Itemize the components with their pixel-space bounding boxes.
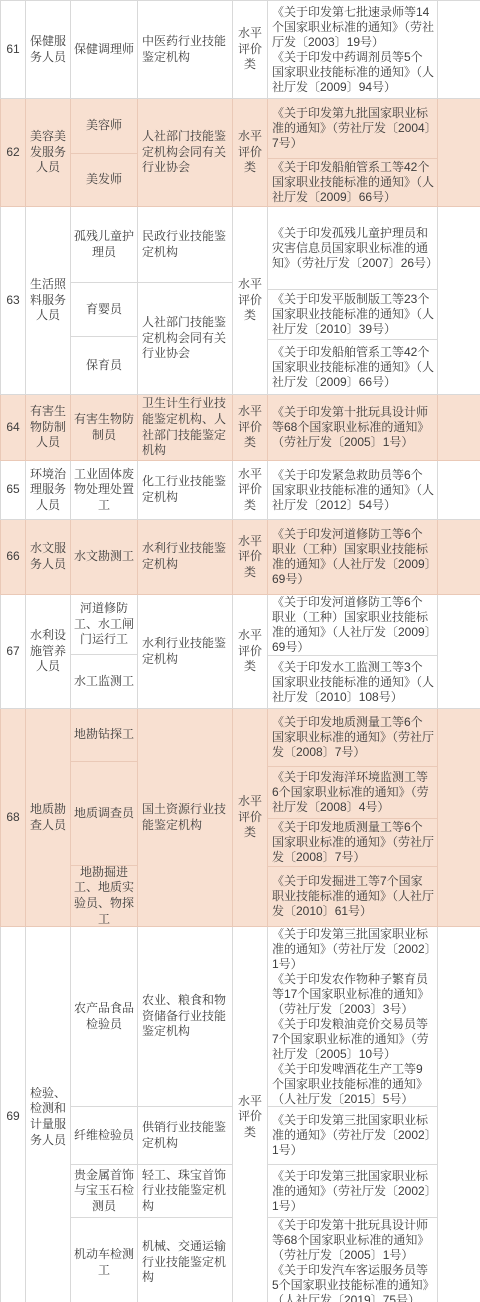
doc-group: 《关于印发平版制版工等23个国家职业技能标准的通知》（人社厅发〔2010〕39号… <box>268 290 437 340</box>
table-row-66: 66 水文服务人员 水文勘测工 水利行业技能鉴定机构 水平评价类 《关于印发河道… <box>1 520 480 595</box>
docs-cell: 《关于印发孤残儿童护理员和灾害信息员国家职业标准的通知》（劳社厅发〔2007〕2… <box>268 207 438 395</box>
occupation-item: 孤残儿童护理员 <box>71 207 137 283</box>
org-cell: 卫生计生行业技能鉴定机构、人社部门技能鉴定机构 <box>138 395 233 461</box>
doc-ref: 《关于印发水工监测工等3个国家职业技能标准的通知》（人社厅发〔2010〕108号… <box>268 660 437 705</box>
org-cell: 中医药行业技能鉴定机构 <box>138 1 233 99</box>
doc-ref: 《关于印发河道修防工等6个职业（工种）国家职业技能标准的通知》（人社厅发〔200… <box>268 595 437 655</box>
doc-group: 《关于印发船舶管系工等42个国家职业技能标准的通知》（人社厅发〔2009〕66号… <box>268 159 437 206</box>
doc-ref: 《关于印发第三批国家职业标准的通知》（劳社厅发〔2002〕1号） <box>268 1169 437 1214</box>
qualification-table: 61 保健服务人员 保健调理师 中医药行业技能鉴定机构 水平评价类 《关于印发第… <box>0 0 480 1302</box>
org-cell: 民政行业技能鉴定机构 人社部门技能鉴定机构会同有关行业协会 <box>138 207 233 395</box>
occupation-item: 育婴员 <box>71 283 137 337</box>
row-number: 62 <box>1 99 26 207</box>
doc-group: 《关于印发孤残儿童护理员和灾害信息员国家职业标准的通知》（劳社厅发〔2007〕2… <box>268 207 437 290</box>
type-cell: 水平评价类 <box>233 1 268 99</box>
empty-cell <box>438 461 480 520</box>
occupation-item: 地勘掘进工、地质实验员、物探工 <box>71 866 137 926</box>
org-item: 农业、粮食和物资储备行业技能鉴定机构 <box>138 927 232 1107</box>
type-cell: 水平评价类 <box>233 207 268 395</box>
org-item: 民政行业技能鉴定机构 <box>138 207 232 283</box>
occupation-item: 美发师 <box>71 154 137 206</box>
empty-cell <box>438 709 480 927</box>
doc-ref: 《关于印发地质测量工等6个国家职业标准的通知》（劳社厅发〔2008〕7号） <box>268 820 437 865</box>
docs-cell: 《关于印发第三批国家职业标准的通知》（劳社厅发〔2002〕1号） 《关于印发农作… <box>268 927 438 1302</box>
doc-group: 《关于印发河道修防工等6个职业（工种）国家职业技能标准的通知》（人社厅发〔200… <box>268 595 437 656</box>
doc-ref: 《关于印发第十批玩具设计师等68个国家职业标准的通知》（劳社厅发〔2005〕1号… <box>268 405 437 450</box>
occupation-item: 地质调查员 <box>71 762 137 866</box>
occupation-cell: 地勘钻探工 地质调查员 地勘掘进工、地质实验员、物探工 <box>71 709 138 927</box>
doc-ref: 《关于印发中药调剂员等5个国家职业技能标准的通知》（人社厅发〔2009〕94号） <box>268 50 437 95</box>
occupation-item: 水工监测工 <box>71 655 137 708</box>
doc-ref: 《关于印发第七批速录师等14个国家职业标准的通知》（劳社厅发〔2003〕19号） <box>268 5 437 50</box>
occupation-item: 保育员 <box>71 337 137 394</box>
doc-ref: 《关于印发海洋环境监测工等6个国家职业标准的通知》（劳社厅发〔2008〕4号） <box>268 770 437 815</box>
doc-ref: 《关于印发掘进工等7个国家职业技能标准的通知》（人社厅发〔2010〕61号） <box>268 874 437 919</box>
doc-group: 《关于印发地质测量工等6个国家职业标准的通知》（劳社厅发〔2008〕7号） <box>268 819 437 867</box>
doc-ref: 《关于印发船舶管系工等42个国家职业技能标准的通知》（人社厅发〔2009〕66号… <box>268 345 437 390</box>
type-cell: 水平评价类 <box>233 595 268 709</box>
category-cell: 美容美发服务人员 <box>26 99 71 207</box>
occupation-cell: 工业固体废物处理处置工 <box>71 461 138 520</box>
table-row-69: 69 检验、检测和计量服务人员 农产品食品检验员 纤维检验员 贵金属首饰与宝玉石… <box>1 927 480 1302</box>
type-cell: 水平评价类 <box>233 461 268 520</box>
org-item: 机械、交通运输行业技能鉴定机构 <box>138 1218 232 1302</box>
occupation-cell: 河道修防工、水工闸门运行工 水工监测工 <box>71 595 138 709</box>
org-cell: 水利行业技能鉴定机构 <box>138 595 233 709</box>
category-cell: 环境治理服务人员 <box>26 461 71 520</box>
occupation-item: 河道修防工、水工闸门运行工 <box>71 595 137 655</box>
table-row-65: 65 环境治理服务人员 工业固体废物处理处置工 化工行业技能鉴定机构 水平评价类… <box>1 461 480 520</box>
occupation-item: 农产品食品检验员 <box>71 927 137 1107</box>
occupation-item: 机动车检测工 <box>71 1218 137 1302</box>
occupation-cell: 孤残儿童护理员 育婴员 保育员 <box>71 207 138 395</box>
table-row-64: 64 有害生物防制人员 有害生物防制员 卫生计生行业技能鉴定机构、人社部门技能鉴… <box>1 395 480 461</box>
docs-cell: 《关于印发河道修防工等6个职业（工种）国家职业技能标准的通知》（人社厅发〔200… <box>268 520 438 595</box>
category-cell: 保健服务人员 <box>26 1 71 99</box>
empty-cell <box>438 595 480 709</box>
docs-cell: 《关于印发第七批速录师等14个国家职业标准的通知》（劳社厅发〔2003〕19号）… <box>268 1 438 99</box>
empty-cell <box>438 520 480 595</box>
doc-ref: 《关于印发河道修防工等6个职业（工种）国家职业技能标准的通知》（人社厅发〔200… <box>268 527 437 587</box>
doc-ref: 《关于印发平版制版工等23个国家职业技能标准的通知》（人社厅发〔2010〕39号… <box>268 292 437 337</box>
category-cell: 检验、检测和计量服务人员 <box>26 927 71 1302</box>
category-cell: 有害生物防制人员 <box>26 395 71 461</box>
doc-ref: 《关于印发地质测量工等6个国家职业标准的通知》（劳社厅发〔2008〕7号） <box>268 715 437 760</box>
doc-ref: 《关于印发紧急救助员等6个国家职业技能标准的通知》（人社厅发〔2012〕54号） <box>268 468 437 513</box>
category-cell: 水利设施管养人员 <box>26 595 71 709</box>
type-cell: 水平评价类 <box>233 520 268 595</box>
doc-group: 《关于印发第三批国家职业标准的通知》（劳社厅发〔2002〕1号） 《关于印发农作… <box>268 927 437 1107</box>
doc-ref: 《关于印发第十批玩具设计师等68个国家职业标准的通知》（劳社厅发〔2005〕1号… <box>268 1218 437 1263</box>
empty-cell <box>438 1 480 99</box>
doc-group: 《关于印发水工监测工等3个国家职业技能标准的通知》（人社厅发〔2010〕108号… <box>268 656 437 708</box>
occupation-cell: 美容师 美发师 <box>71 99 138 207</box>
occupation-cell: 水文勘测工 <box>71 520 138 595</box>
empty-cell <box>438 927 480 1302</box>
category-cell: 水文服务人员 <box>26 520 71 595</box>
category-cell: 生活照料服务人员 <box>26 207 71 395</box>
row-number: 63 <box>1 207 26 395</box>
occupation-item: 纤维检验员 <box>71 1107 137 1165</box>
doc-group: 《关于印发海洋环境监测工等6个国家职业标准的通知》（劳社厅发〔2008〕4号） <box>268 767 437 819</box>
occupation-cell: 农产品食品检验员 纤维检验员 贵金属首饰与宝玉石检测员 机动车检测工 <box>71 927 138 1302</box>
doc-ref: 《关于印发啤酒花生产工等9个国家职业技能标准的通知》（人社厅发〔2015〕5号） <box>268 1062 437 1107</box>
org-cell: 人社部门技能鉴定机构会同有关行业协会 <box>138 99 233 207</box>
doc-group: 《关于印发第三批国家职业标准的通知》（劳社厅发〔2002〕1号） <box>268 1165 437 1218</box>
empty-cell <box>438 207 480 395</box>
org-cell: 农业、粮食和物资储备行业技能鉴定机构 供销行业技能鉴定机构 轻工、珠宝首饰行业技… <box>138 927 233 1302</box>
table-row-61: 61 保健服务人员 保健调理师 中医药行业技能鉴定机构 水平评价类 《关于印发第… <box>1 1 480 99</box>
doc-group: 《关于印发第十批玩具设计师等68个国家职业标准的通知》（劳社厅发〔2005〕1号… <box>268 1218 437 1302</box>
doc-ref: 《关于印发汽车客运服务员等5个国家职业技能标准的通知》（人社厅发〔2019〕75… <box>268 1263 437 1302</box>
occupation-item: 地勘钻探工 <box>71 709 137 762</box>
row-number: 69 <box>1 927 26 1302</box>
docs-cell: 《关于印发紧急救助员等6个国家职业技能标准的通知》（人社厅发〔2012〕54号） <box>268 461 438 520</box>
docs-cell: 《关于印发第十批玩具设计师等68个国家职业标准的通知》（劳社厅发〔2005〕1号… <box>268 395 438 461</box>
type-cell: 水平评价类 <box>233 99 268 207</box>
table-row-68: 68 地质勘查人员 地勘钻探工 地质调查员 地勘掘进工、地质实验员、物探工 国土… <box>1 709 480 927</box>
org-item: 人社部门技能鉴定机构会同有关行业协会 <box>138 283 232 394</box>
row-number: 66 <box>1 520 26 595</box>
empty-cell <box>438 99 480 207</box>
row-number: 64 <box>1 395 26 461</box>
type-cell: 水平评价类 <box>233 927 268 1302</box>
type-cell: 水平评价类 <box>233 709 268 927</box>
occupation-cell: 保健调理师 <box>71 1 138 99</box>
category-cell: 地质勘查人员 <box>26 709 71 927</box>
doc-ref: 《关于印发孤残儿童护理员和灾害信息员国家职业标准的通知》（劳社厅发〔2007〕2… <box>268 226 437 271</box>
docs-cell: 《关于印发第九批国家职业标准的通知》（劳社厅发〔2004〕7号） 《关于印发船舶… <box>268 99 438 207</box>
table-row-62: 62 美容美发服务人员 美容师 美发师 人社部门技能鉴定机构会同有关行业协会 水… <box>1 99 480 207</box>
occupation-item: 美容师 <box>71 99 137 154</box>
row-number: 67 <box>1 595 26 709</box>
empty-cell <box>438 395 480 461</box>
doc-ref: 《关于印发船舶管系工等42个国家职业技能标准的通知》（人社厅发〔2009〕66号… <box>268 160 437 205</box>
table-row-63: 63 生活照料服务人员 孤残儿童护理员 育婴员 保育员 民政行业技能鉴定机构 人… <box>1 207 480 395</box>
row-number: 68 <box>1 709 26 927</box>
doc-ref: 《关于印发第九批国家职业标准的通知》（劳社厅发〔2004〕7号） <box>268 106 437 151</box>
doc-ref: 《关于印发第三批国家职业标准的通知》（劳社厅发〔2002〕1号） <box>268 1113 437 1158</box>
doc-group: 《关于印发船舶管系工等42个国家职业技能标准的通知》（人社厅发〔2009〕66号… <box>268 340 437 394</box>
table-row-67: 67 水利设施管养人员 河道修防工、水工闸门运行工 水工监测工 水利行业技能鉴定… <box>1 595 480 709</box>
doc-group: 《关于印发地质测量工等6个国家职业标准的通知》（劳社厅发〔2008〕7号） <box>268 709 437 767</box>
doc-group: 《关于印发第九批国家职业标准的通知》（劳社厅发〔2004〕7号） <box>268 99 437 159</box>
row-number: 65 <box>1 461 26 520</box>
org-item: 供销行业技能鉴定机构 <box>138 1107 232 1165</box>
occupation-cell: 有害生物防制员 <box>71 395 138 461</box>
org-item: 轻工、珠宝首饰行业技能鉴定机构 <box>138 1165 232 1218</box>
doc-group: 《关于印发第三批国家职业标准的通知》（劳社厅发〔2002〕1号） <box>268 1107 437 1165</box>
doc-ref: 《关于印发第三批国家职业标准的通知》（劳社厅发〔2002〕1号） <box>268 927 437 972</box>
row-number: 61 <box>1 1 26 99</box>
doc-ref: 《关于印发粮油竞价交易员等7个国家职业标准的通知》（劳社厅发〔2005〕10号） <box>268 1017 437 1062</box>
occupation-item: 贵金属首饰与宝玉石检测员 <box>71 1165 137 1218</box>
type-cell: 水平评价类 <box>233 395 268 461</box>
org-cell: 水利行业技能鉴定机构 <box>138 520 233 595</box>
doc-group: 《关于印发掘进工等7个国家职业技能标准的通知》（人社厅发〔2010〕61号） <box>268 867 437 926</box>
docs-cell: 《关于印发河道修防工等6个职业（工种）国家职业技能标准的通知》（人社厅发〔200… <box>268 595 438 709</box>
org-cell: 国土资源行业技能鉴定机构 <box>138 709 233 927</box>
docs-cell: 《关于印发地质测量工等6个国家职业标准的通知》（劳社厅发〔2008〕7号） 《关… <box>268 709 438 927</box>
org-cell: 化工行业技能鉴定机构 <box>138 461 233 520</box>
doc-ref: 《关于印发农作物种子繁育员等17个国家职业标准的通知》（劳社厅发〔2003〕3号… <box>268 972 437 1017</box>
